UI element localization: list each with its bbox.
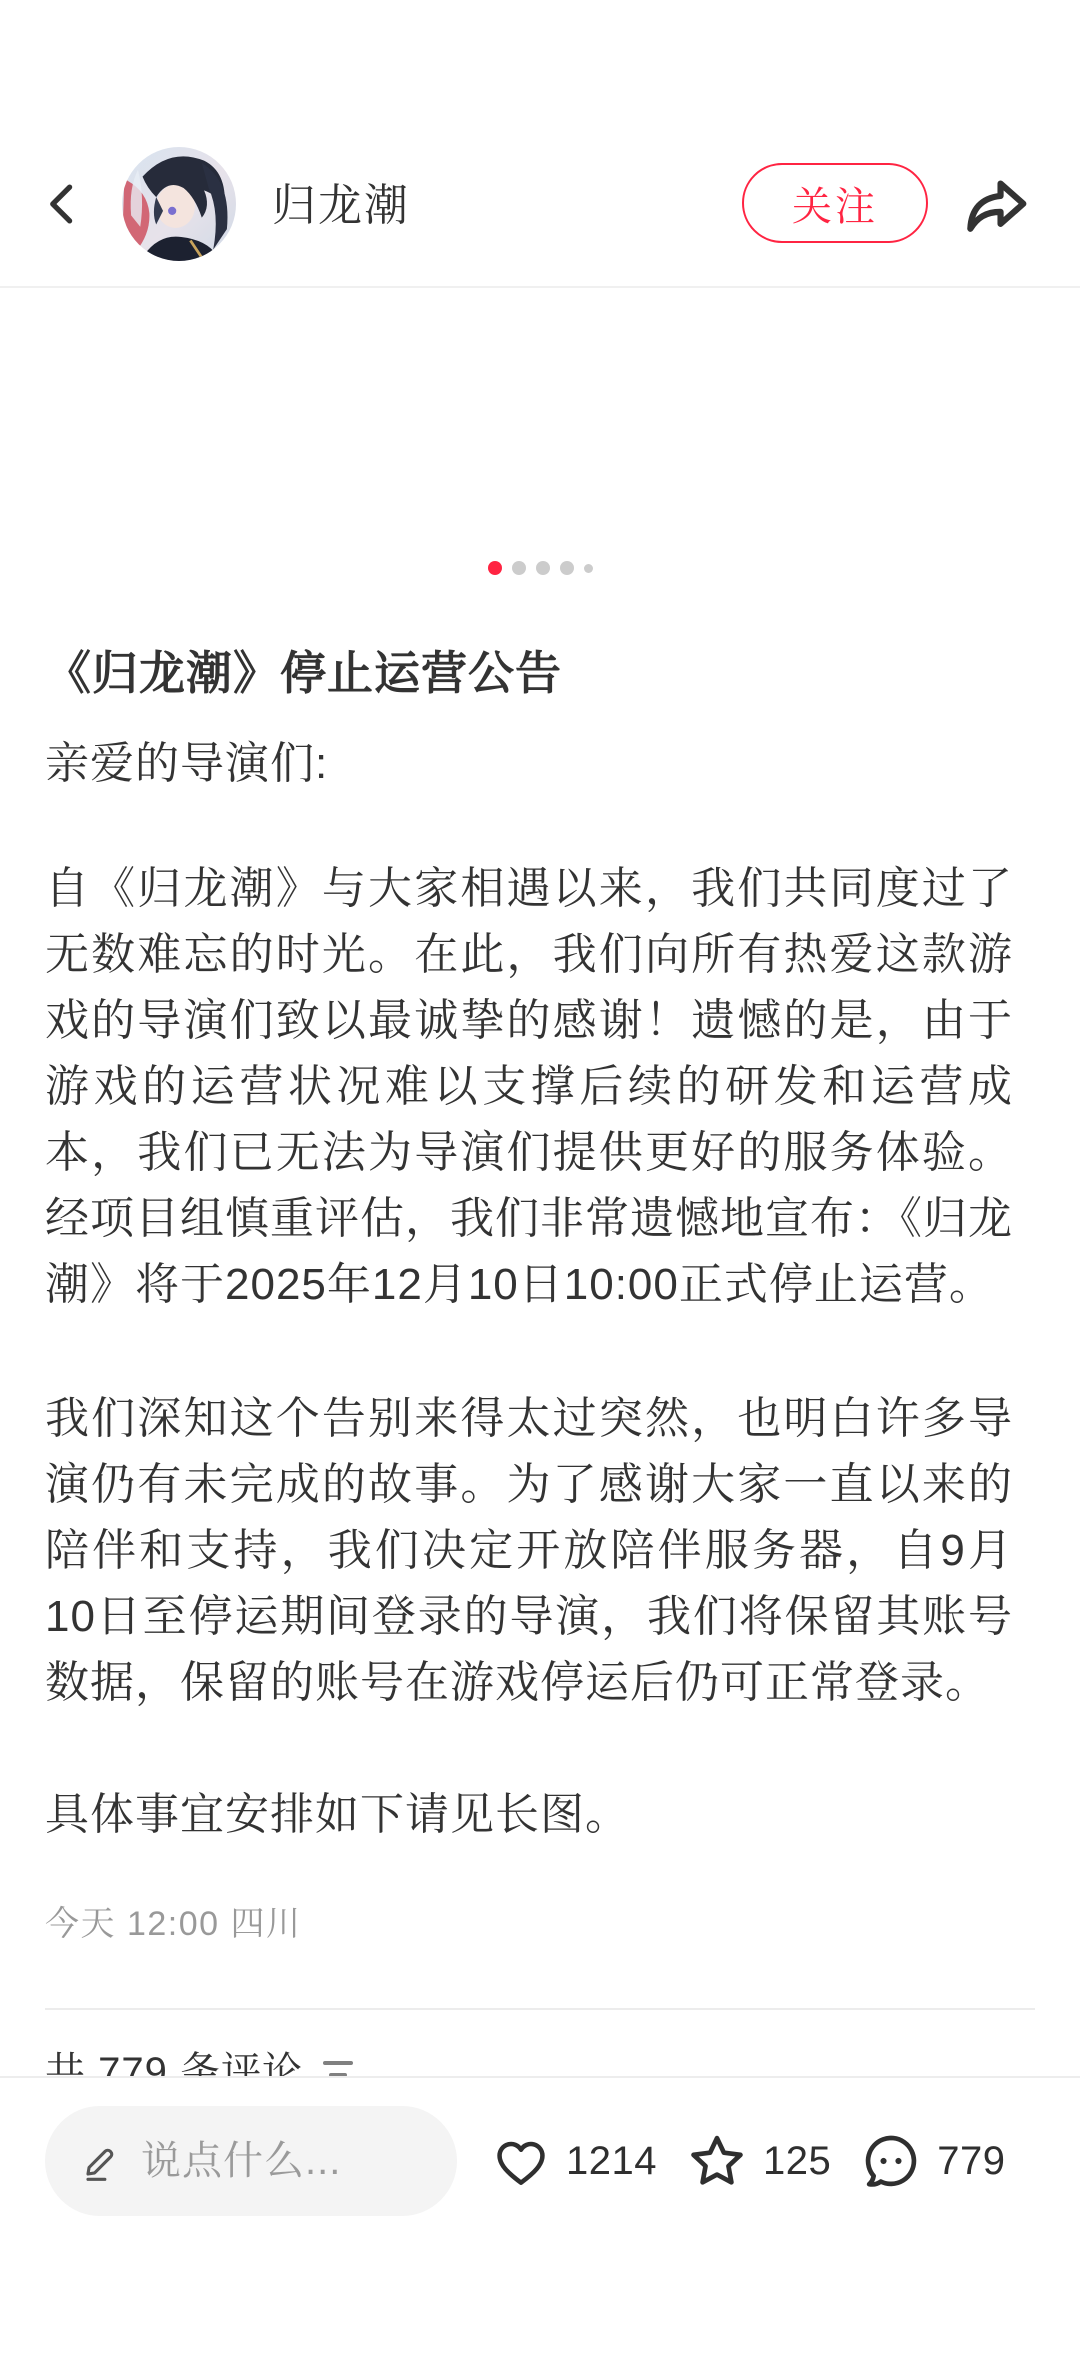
like-button[interactable]: 1214 [490,2130,657,2192]
collect-button[interactable]: 125 [685,2129,831,2193]
comment-input[interactable] [139,2138,457,2185]
carousel-page-indicator [0,560,1080,576]
chevron-left-icon [38,172,90,236]
star-icon [685,2129,749,2193]
comment-sort-icon[interactable] [323,2061,353,2077]
post-paragraph: 自《归龙潮》与大家相遇以来，我们共同度过了无数难忘的时光。在此，我们向所有热爱这… [45,856,1013,1318]
share-button[interactable] [952,162,1040,250]
avatar-art-icon [122,147,236,261]
post-greeting: 亲爱的导演们: [45,731,1013,797]
avatar[interactable] [122,147,236,261]
page-dot [584,564,593,573]
page-dot [536,561,550,575]
collect-count: 125 [763,2139,831,2184]
heart-icon [490,2130,552,2192]
page-dot [512,561,526,575]
comment-input-pill[interactable] [45,2106,457,2216]
comments-divider [45,2008,1035,2010]
comments-count: 779 [937,2139,1005,2184]
page-dot-active [488,561,502,575]
page-dot [560,561,574,575]
share-icon [957,167,1035,245]
bottom-action-bar: 1214 125 779 [0,2076,1080,2376]
post-paragraph: 我们深知这个告别来得太过突然，也明白许多导演仍有未完成的故事。为了感谢大家一直以… [45,1386,1013,1716]
comments-button[interactable]: 779 [859,2129,1005,2193]
like-count: 1214 [566,2139,657,2184]
username[interactable]: 归龙潮 [272,178,410,234]
engagement-actions: 1214 125 779 [490,2100,1033,2222]
pencil-icon [79,2139,123,2183]
follow-button[interactable]: 关注 [742,163,928,243]
post-paragraph: 具体事宜安排如下请见长图。 [45,1782,1013,1848]
post-timestamp-location: 今天 12:00 四川 [45,1896,301,1945]
back-button[interactable] [32,166,96,242]
header-divider [0,286,1080,288]
post-title: 《归龙潮》停止运营公告 [45,643,1035,703]
post-detail-screen: 归龙潮 关注 《归龙潮》停止运营公告 亲爱的导演们: 自《归龙潮》与大家相遇以来… [0,0,1080,2376]
chat-bubble-icon [859,2129,923,2193]
